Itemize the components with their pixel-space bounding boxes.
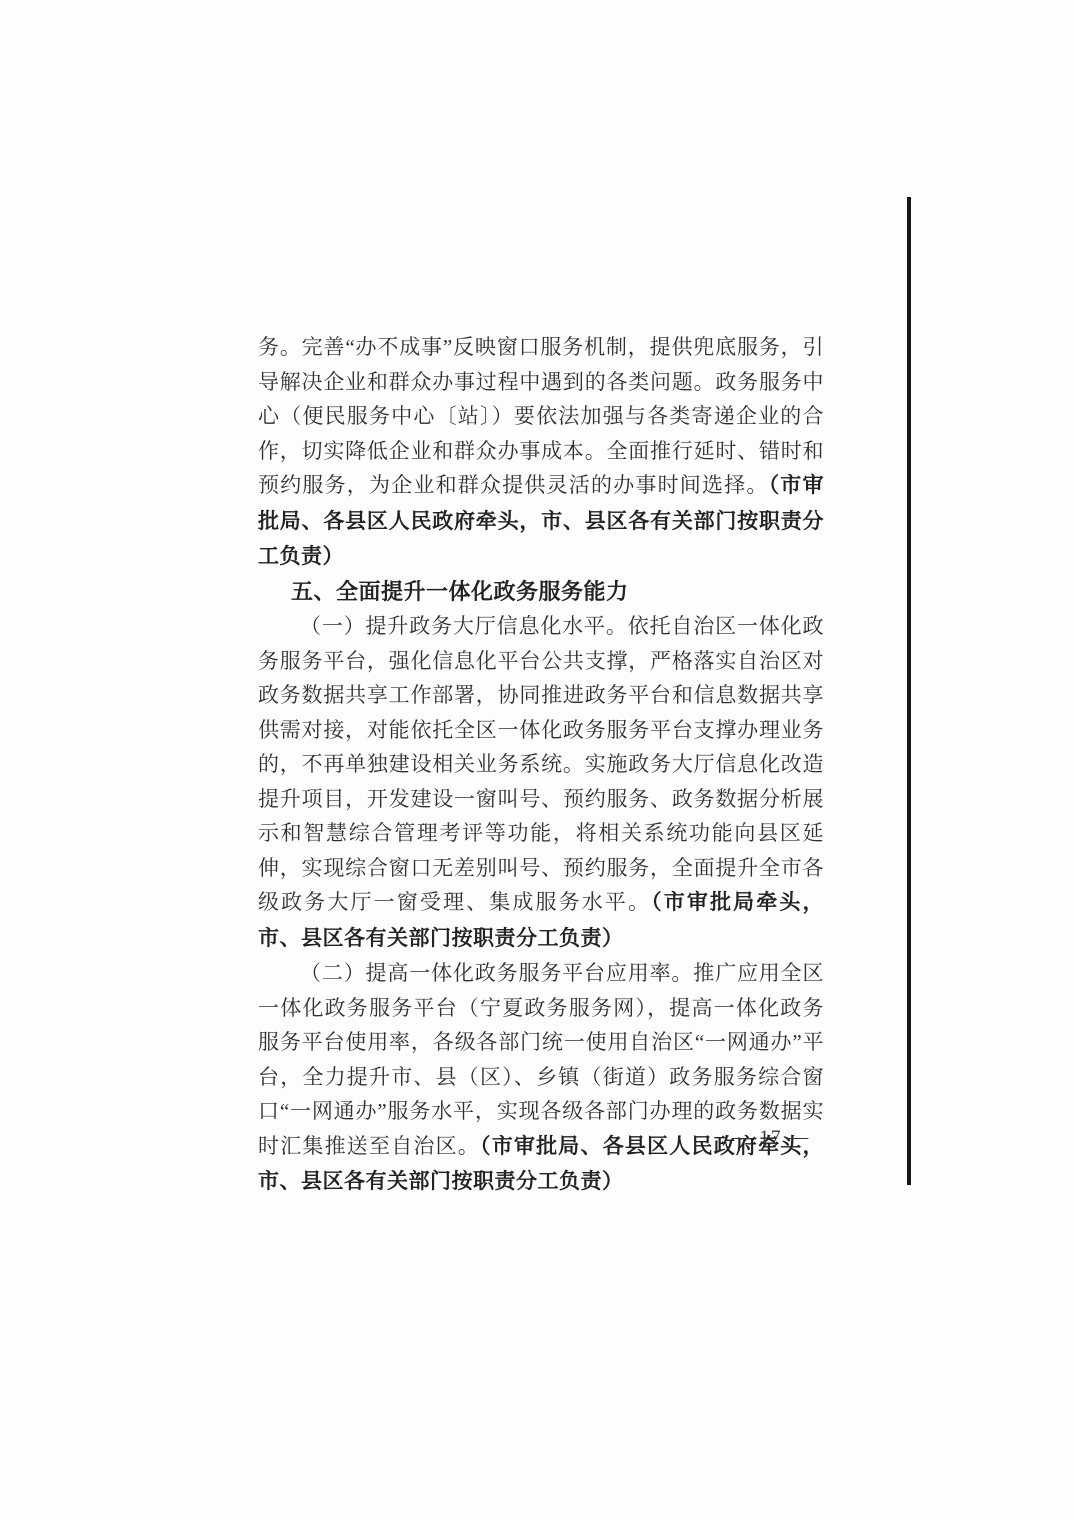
page-number: — 17 — bbox=[731, 1127, 811, 1149]
document-text-block: 务。完善“办不成事”反映窗口服务机制，提供兜底服务，引导解决企业和群众办事过程中… bbox=[258, 330, 824, 1200]
paragraph-item-1: （一）提升政务大厅信息化水平。依托自治区一体化政务服务平台，强化信息化平台公共支… bbox=[258, 609, 824, 956]
paragraph-item-2: （二）提高一体化政务服务平台应用率。推广应用全区一体化政务服务平台（宁夏政务服务… bbox=[258, 956, 824, 1200]
paragraph-text: （一）提升政务大厅信息化水平。依托自治区一体化政务服务平台，强化信息化平台公共支… bbox=[258, 614, 824, 914]
paragraph-continuation: 务。完善“办不成事”反映窗口服务机制，提供兜底服务，引导解决企业和群众办事过程中… bbox=[258, 330, 824, 575]
document-page: 务。完善“办不成事”反映窗口服务机制，提供兜底服务，引导解决企业和群众办事过程中… bbox=[0, 0, 1074, 1520]
binding-rule-divider bbox=[907, 197, 911, 1185]
section-heading: 五、全面提升一体化政务服务能力 bbox=[258, 575, 824, 610]
paragraph-text: 务。完善“办不成事”反映窗口服务机制，提供兜底服务，引导解决企业和群众办事过程中… bbox=[258, 335, 824, 497]
